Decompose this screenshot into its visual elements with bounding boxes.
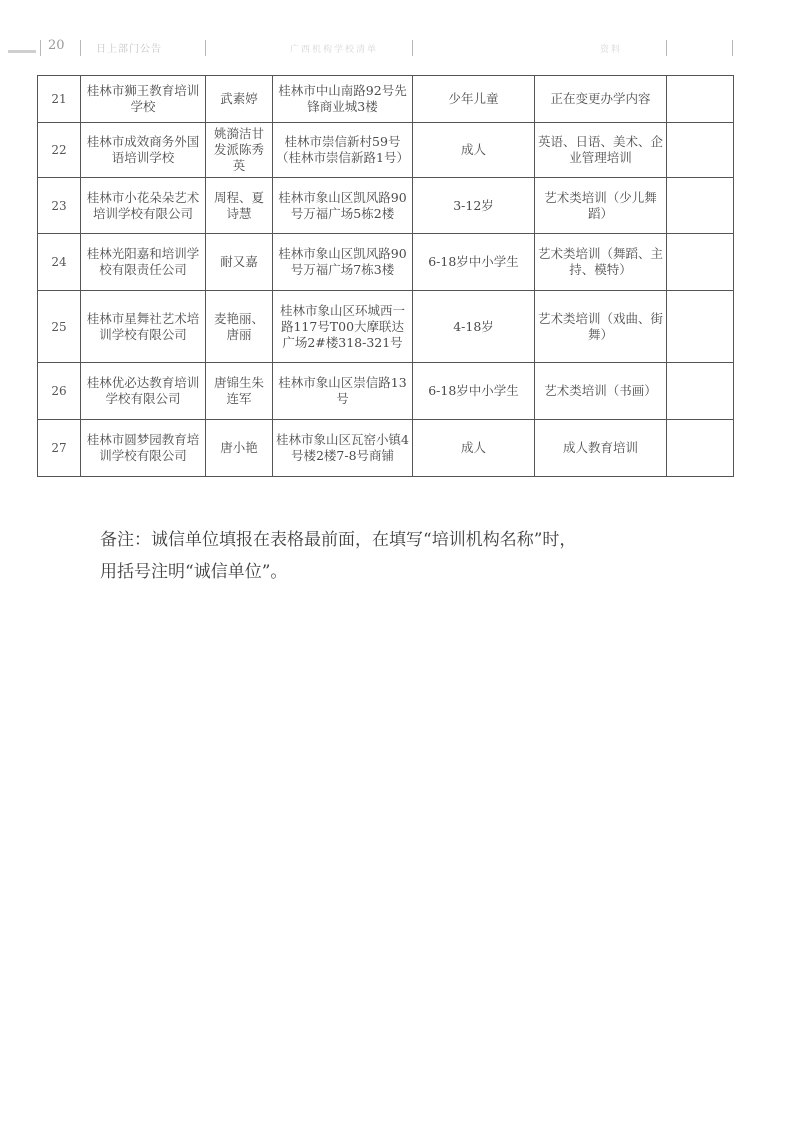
header-divider [40, 40, 41, 56]
row-number: 23 [38, 178, 81, 234]
page-header: 20 日上部门公告 广西机构学校清单 资料 [0, 38, 794, 60]
institution-name: 桂林光阳嘉和培训学校有限责任公司 [81, 234, 206, 291]
institution-name: 桂林市圆梦园教育培训学校有限公司 [81, 420, 206, 477]
address: 桂林市崇信新村59号（桂林市崇信新路1号） [273, 123, 413, 178]
address: 桂林市象山区凯风路90号万福广场7栋3楼 [273, 234, 413, 291]
row-number: 26 [38, 363, 81, 420]
training-content: 艺术类培训（少儿舞蹈） [535, 178, 667, 234]
institution-name: 桂林市狮王教育培训学校 [81, 76, 206, 123]
table-row: 21 桂林市狮王教育培训学校 武素婷 桂林市中山南路92号先锋商业城3楼 少年儿… [38, 76, 734, 123]
institution-name: 桂林市星舞社艺术培训学校有限公司 [81, 291, 206, 363]
table-row: 22 桂林市成效商务外国语培训学校 姚漪洁甘发派陈秀英 桂林市崇信新村59号（桂… [38, 123, 734, 178]
table-row: 26 桂林优必达教育培训学校有限公司 唐锦生朱连军 桂林市象山区崇信路13号 6… [38, 363, 734, 420]
training-content: 艺术类培训（舞蹈、主持、模特） [535, 234, 667, 291]
person-in-charge: 耐又嘉 [206, 234, 273, 291]
address: 桂林市象山区崇信路13号 [273, 363, 413, 420]
row-number: 21 [38, 76, 81, 123]
person-in-charge: 姚漪洁甘发派陈秀英 [206, 123, 273, 178]
training-content: 成人教育培训 [535, 420, 667, 477]
remark [667, 123, 734, 178]
training-content: 艺术类培训（戏曲、街舞） [535, 291, 667, 363]
header-divider [205, 40, 206, 56]
remark [667, 420, 734, 477]
row-number: 24 [38, 234, 81, 291]
training-institutions-table: 21 桂林市狮王教育培训学校 武素婷 桂林市中山南路92号先锋商业城3楼 少年儿… [37, 75, 734, 477]
footnote-line: 备注：诚信单位填报在表格最前面，在填写“培训机构名称”时， [100, 524, 700, 556]
person-in-charge: 唐小艳 [206, 420, 273, 477]
footnote: 备注：诚信单位填报在表格最前面，在填写“培训机构名称”时， 用括号注明“诚信单位… [100, 524, 700, 588]
remark [667, 234, 734, 291]
person-in-charge: 麦艳丽、唐丽 [206, 291, 273, 363]
footnote-line: 用括号注明“诚信单位”。 [100, 556, 700, 588]
training-content: 艺术类培训（书画） [535, 363, 667, 420]
remark [667, 291, 734, 363]
institution-name: 桂林市成效商务外国语培训学校 [81, 123, 206, 178]
target-group: 4-18岁 [413, 291, 535, 363]
header-faint-text: 广西机构学校清单 [290, 42, 378, 55]
target-group: 少年儿童 [413, 76, 535, 123]
header-divider [732, 40, 733, 56]
remark [667, 76, 734, 123]
table-row: 27 桂林市圆梦园教育培训学校有限公司 唐小艳 桂林市象山区瓦窑小镇4号楼2楼7… [38, 420, 734, 477]
person-in-charge: 唐锦生朱连军 [206, 363, 273, 420]
person-in-charge: 武素婷 [206, 76, 273, 123]
page-number: 20 [48, 38, 65, 53]
person-in-charge: 周程、夏诗慧 [206, 178, 273, 234]
training-content: 英语、日语、美术、企业管理培训 [535, 123, 667, 178]
target-group: 3-12岁 [413, 178, 535, 234]
address: 桂林市象山区凯风路90号万福广场5栋2楼 [273, 178, 413, 234]
institution-name: 桂林优必达教育培训学校有限公司 [81, 363, 206, 420]
target-group: 成人 [413, 420, 535, 477]
address: 桂林市象山区瓦窑小镇4号楼2楼7-8号商铺 [273, 420, 413, 477]
table-row: 23 桂林市小花朵朵艺术培训学校有限公司 周程、夏诗慧 桂林市象山区凯风路90号… [38, 178, 734, 234]
row-number: 22 [38, 123, 81, 178]
remark [667, 363, 734, 420]
training-content: 正在变更办学内容 [535, 76, 667, 123]
row-number: 27 [38, 420, 81, 477]
table-row: 25 桂林市星舞社艺术培训学校有限公司 麦艳丽、唐丽 桂林市象山区环城西一路11… [38, 291, 734, 363]
remark [667, 178, 734, 234]
target-group: 6-18岁中小学生 [413, 234, 535, 291]
header-divider [80, 40, 81, 56]
target-group: 6-18岁中小学生 [413, 363, 535, 420]
header-mark [8, 50, 36, 53]
table-row: 24 桂林光阳嘉和培训学校有限责任公司 耐又嘉 桂林市象山区凯风路90号万福广场… [38, 234, 734, 291]
address: 桂林市中山南路92号先锋商业城3楼 [273, 76, 413, 123]
header-divider [412, 40, 413, 56]
address: 桂林市象山区环城西一路117号T00大摩联达广场2#楼318-321号 [273, 291, 413, 363]
target-group: 成人 [413, 123, 535, 178]
institution-name: 桂林市小花朵朵艺术培训学校有限公司 [81, 178, 206, 234]
header-title: 日上部门公告 [96, 40, 162, 55]
header-faint-text: 资料 [600, 42, 622, 55]
row-number: 25 [38, 291, 81, 363]
header-divider [666, 40, 667, 56]
